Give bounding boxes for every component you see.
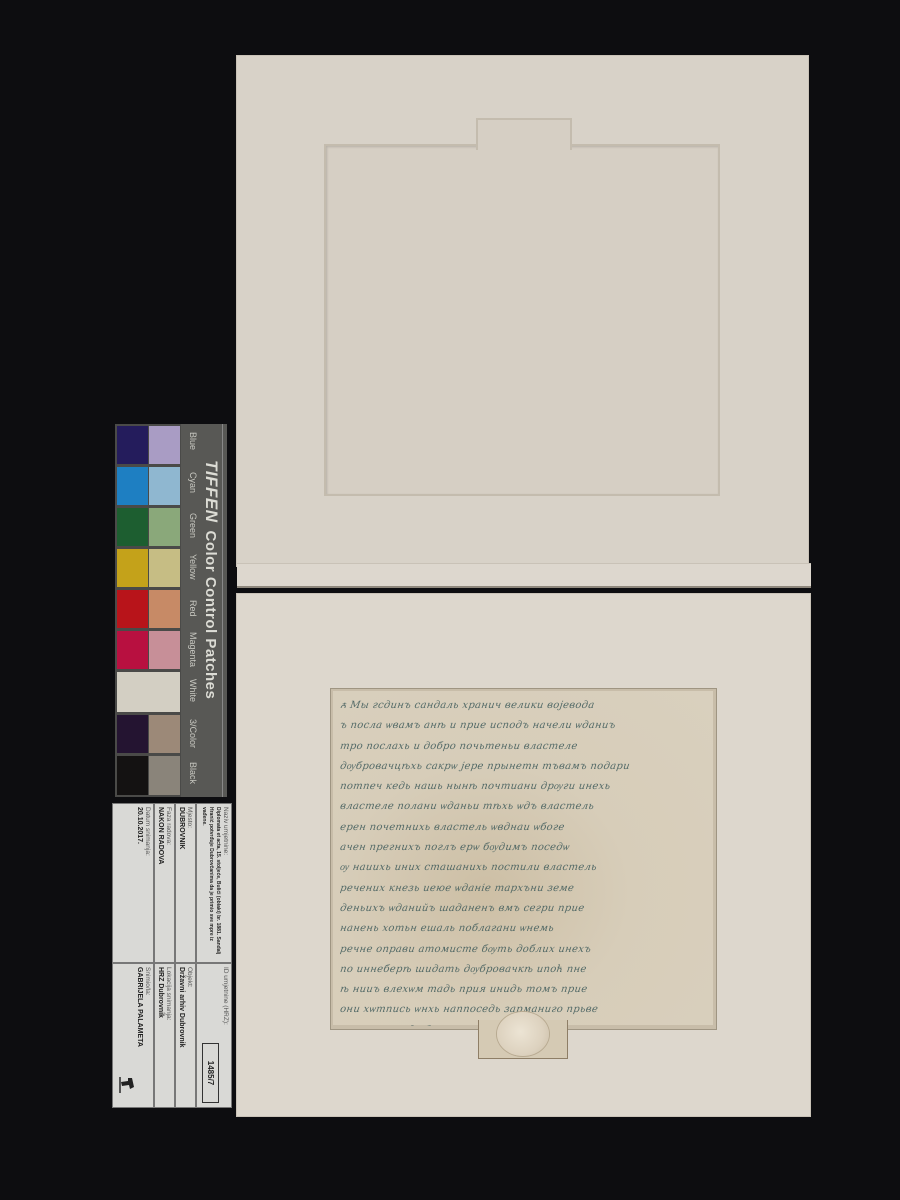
folder-hinge-strap (237, 563, 811, 588)
label-value-phase: NAKON RADOVA (157, 807, 164, 959)
patch-label: Yellow (188, 554, 198, 580)
manuscript-line: по иннеберѣ шидать дѹбровачкѣ ипоћ пне (340, 960, 712, 980)
patch-magenta-dark (117, 631, 148, 669)
color-card-title: TIFFENColor Control Patches (201, 460, 221, 699)
patch-label: Black (188, 762, 198, 784)
manuscript-line: властеле полани ѡданьи тѣхь ѡдъ властель (340, 797, 712, 817)
patch-red-light (149, 590, 180, 628)
label-value-location: HRZ Dubrovnik (157, 967, 164, 1104)
color-card-text: TIFFENColor Control Patches Blue Cyan Gr… (181, 424, 227, 797)
hrz-logo-icon (118, 1075, 136, 1095)
patch-label: Cyan (188, 472, 198, 493)
manuscript-line: ꙉ Мы гсдинъ сандаль хранич велики војево… (340, 696, 712, 716)
manuscript-line: ерен почетнихь властель ѡвднаи ѡбоге (340, 818, 712, 838)
patch-yellow-light (149, 549, 180, 587)
patch-magenta-light (149, 631, 180, 669)
manuscript-line: дѹбровачцѣхь сакрѡ јере прынетн тъвамъ п… (340, 757, 712, 777)
patch-red-dark (117, 590, 148, 628)
label-field-object: Objekt: (186, 967, 193, 1104)
label-field-id: ID umjetnine (HRZ): (222, 967, 229, 1104)
manuscript-line: потпеч кедь нашь нынѣ почтиани дрѹги ине… (340, 777, 712, 797)
patch-label: Blue (188, 432, 198, 450)
label-value-date: 20.10.2017. (136, 807, 143, 959)
patch-cyan-dark (117, 467, 148, 505)
label-field-name: Naziv umjetnine: (222, 807, 229, 959)
label-value-id: 1485/7 (202, 1043, 219, 1103)
manuscript-line: ѣ нииъ влехѡм тадь прия инидь томъ прие (340, 980, 712, 1000)
label-cell-name: Naziv umjetnine: Diplomata et acta, 15. … (196, 803, 232, 963)
label-value-place: DUBROVNIK (178, 807, 185, 959)
manuscript-line: речне оправи атомисте бѹть доблих инехъ (340, 940, 712, 960)
patch-label: 3/Color (188, 719, 198, 748)
manuscript-line: ачен прегнихъ поглъ ерѡ бѹдимъ поседѡ (340, 838, 712, 858)
manuscript-line: деньихъ ѡданийъ шаданенъ вмъ сегри прие (340, 899, 712, 919)
label-value-photographer: GABRIJELA PALAMETA (136, 967, 143, 1104)
label-cell-date: Datum snimanja: 20.10.2017. (112, 803, 154, 963)
label-field-photographer: Snimio/la: (144, 967, 151, 1104)
patch-label: Magenta (188, 632, 198, 667)
documentation-label-content: Naziv umjetnine: Diplomata et acta, 15. … (112, 803, 232, 1108)
label-value-name: Diplomata et acta, 15. stoljeće, Bulići … (201, 807, 221, 954)
manuscript-line: тро послахь и добро почьтеньи властеле (340, 737, 712, 757)
label-cell-place: Mjesto: DUBROVNIK (175, 803, 196, 963)
manuscript-line: речених кнезь иеюе ѡданiе тархъни земе (340, 879, 712, 899)
patch-blue-light (149, 426, 180, 464)
patch-green-dark (117, 508, 148, 546)
patch-white (117, 672, 180, 712)
patch-blue-dark (117, 426, 148, 464)
label-cell-location: Lokacija snimanja: HRZ Dubrovnik (154, 963, 175, 1108)
patch-3color-dark (117, 715, 148, 753)
label-value-object: Državni arhiv Dubrovnik (178, 967, 185, 1104)
tab-notch-join (478, 144, 566, 150)
patch-label: Red (188, 600, 198, 617)
label-cell-object: Objekt: Državni arhiv Dubrovnik (175, 963, 196, 1108)
folder-top-window-recess (324, 144, 720, 496)
centimeter-ruler (222, 424, 227, 797)
manuscript-text: ꙉ Мы гсдинъ сандаль хранич велики војево… (340, 696, 712, 1026)
color-card-heading: Color Control Patches (202, 531, 219, 700)
patch-yellow-dark (117, 549, 148, 587)
manuscript-line: ѹ наиихь иних сташанихь постили властель (340, 858, 712, 878)
patch-black-light (149, 756, 180, 795)
wax-seal (497, 1012, 549, 1056)
patch-cyan-light (149, 467, 180, 505)
patch-black-dark (117, 756, 148, 795)
patch-label: White (188, 679, 198, 702)
patch-label: Green (188, 513, 198, 538)
label-field-place: Mjesto: (186, 807, 193, 959)
label-field-phase: Faza radova: (165, 807, 172, 959)
label-cell-phase: Faza radova: NAKON RADOVA (154, 803, 175, 963)
label-field-date: Datum snimanja: (144, 807, 151, 959)
manuscript-line: нанень хотьн ешаль поблагани ѡнемь (340, 919, 712, 939)
patch-3color-light (149, 715, 180, 753)
tiffen-logo: TIFFEN (202, 460, 221, 523)
manuscript-line: ъ посла ѡвамъ анѣ и прие исподъ начели ѡ… (340, 716, 712, 736)
patch-green-light (149, 508, 180, 546)
label-field-location: Lokacija snimanja: (165, 967, 172, 1104)
